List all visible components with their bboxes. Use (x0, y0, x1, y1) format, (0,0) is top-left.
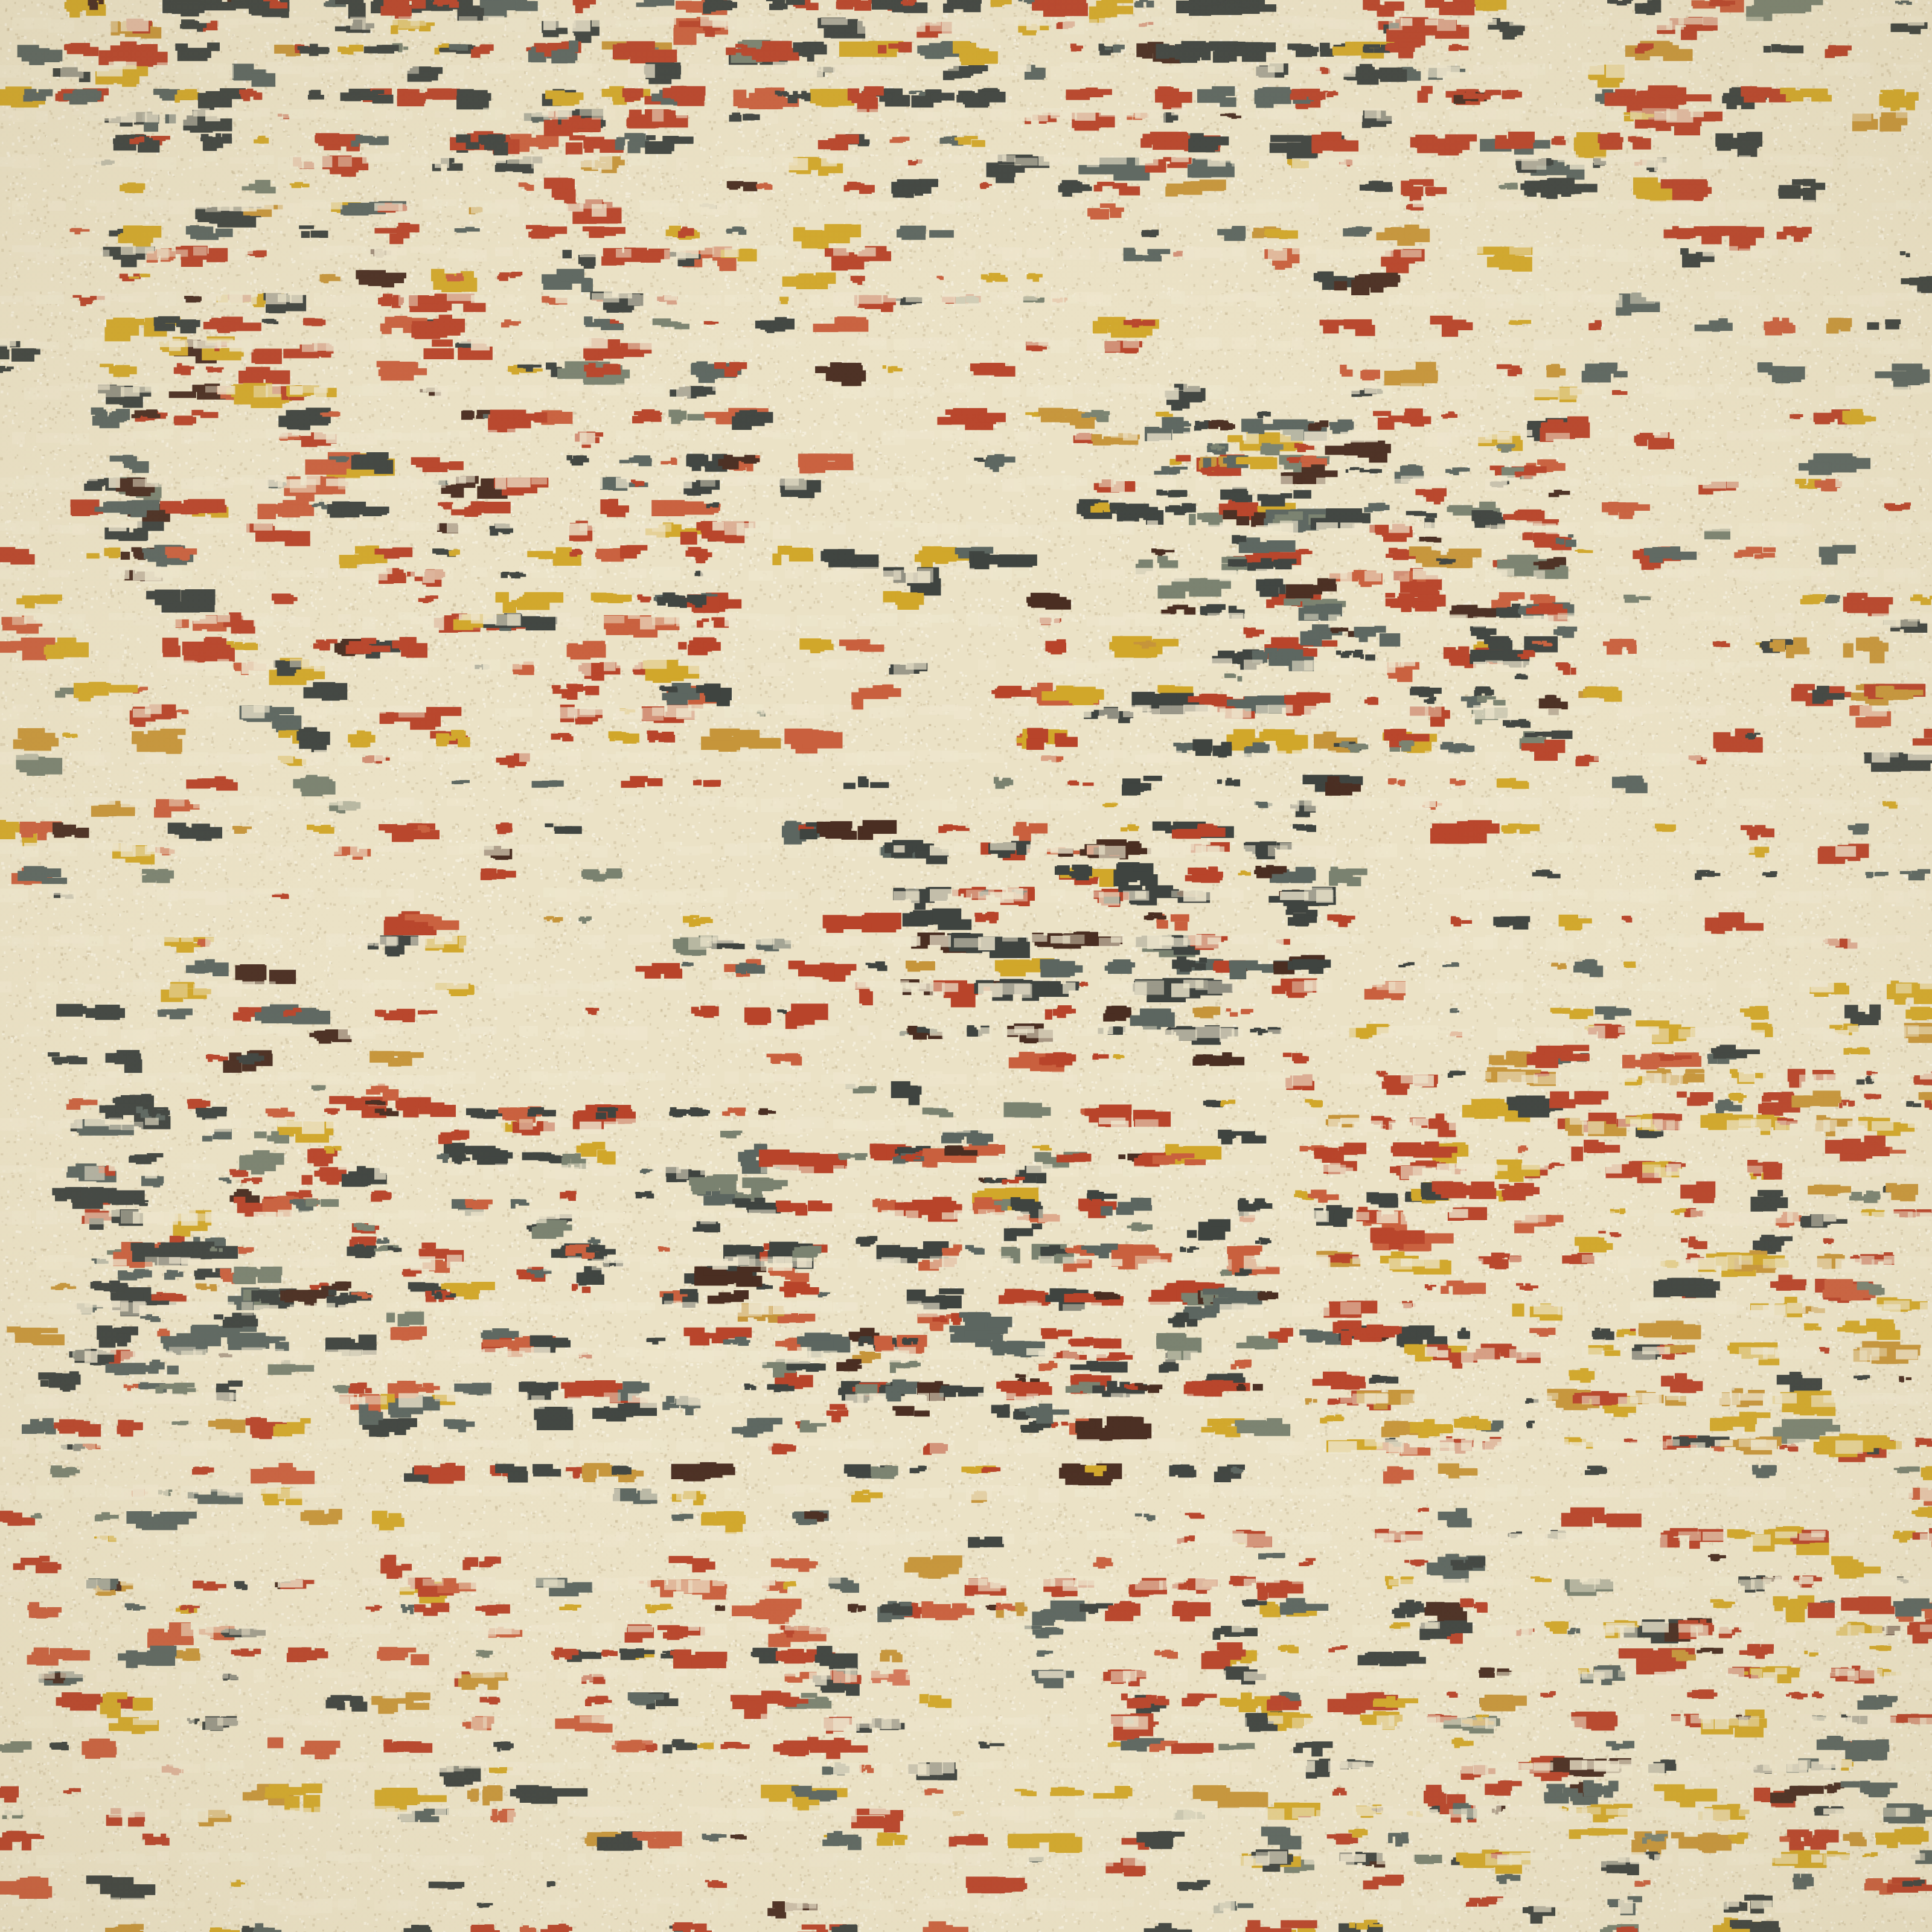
rug-texture-photo: Close-up of a distressed vintage-style w… (0, 0, 1932, 1932)
rug-pile-canvas (0, 0, 1932, 1932)
